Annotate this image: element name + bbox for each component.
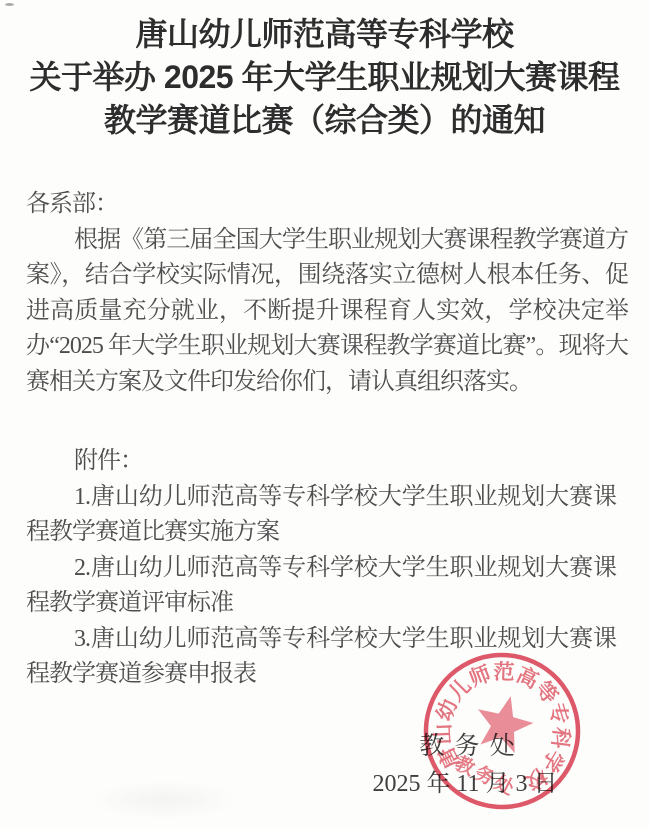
notice-title-line-2: 关于举办 2025 年大学生职业规划大赛课程 [0, 56, 649, 99]
notice-body: 各系部： 根据《第三届全国大学生职业规划大赛课程教学赛道方案》，结合学校实际情况… [26, 187, 628, 693]
scan-smudge [90, 780, 240, 820]
attachments-label: 附件： [26, 444, 628, 480]
greeting: 各系部： [26, 187, 628, 223]
official-seal: 唐山幼儿师范高等专科学校 教务处 [402, 631, 602, 828]
scan-speck [5, 3, 14, 6]
attachment-item: 2.唐山幼儿师范高等专科学校大学生职业规划大赛课程教学赛道评审标准 [26, 551, 628, 622]
notice-title-line-1: 唐山幼儿师范高等专科学校 [0, 13, 649, 56]
attachment-item: 1.唐山幼儿师范高等专科学校大学生职业规划大赛课程教学赛道比赛实施方案 [26, 480, 628, 551]
notice-title-line-3: 教学赛道比赛（综合类）的通知 [0, 99, 649, 142]
seal-star-icon [470, 689, 538, 755]
body-paragraph: 根据《第三届全国大学生职业规划大赛课程教学赛道方案》，结合学校实际情况，围绕落实… [26, 223, 628, 401]
notice-document-page: 唐山幼儿师范高等专科学校 关于举办 2025 年大学生职业规划大赛课程 教学赛道… [0, 0, 649, 828]
notice-title: 唐山幼儿师范高等专科学校 关于举办 2025 年大学生职业规划大赛课程 教学赛道… [0, 0, 649, 142]
